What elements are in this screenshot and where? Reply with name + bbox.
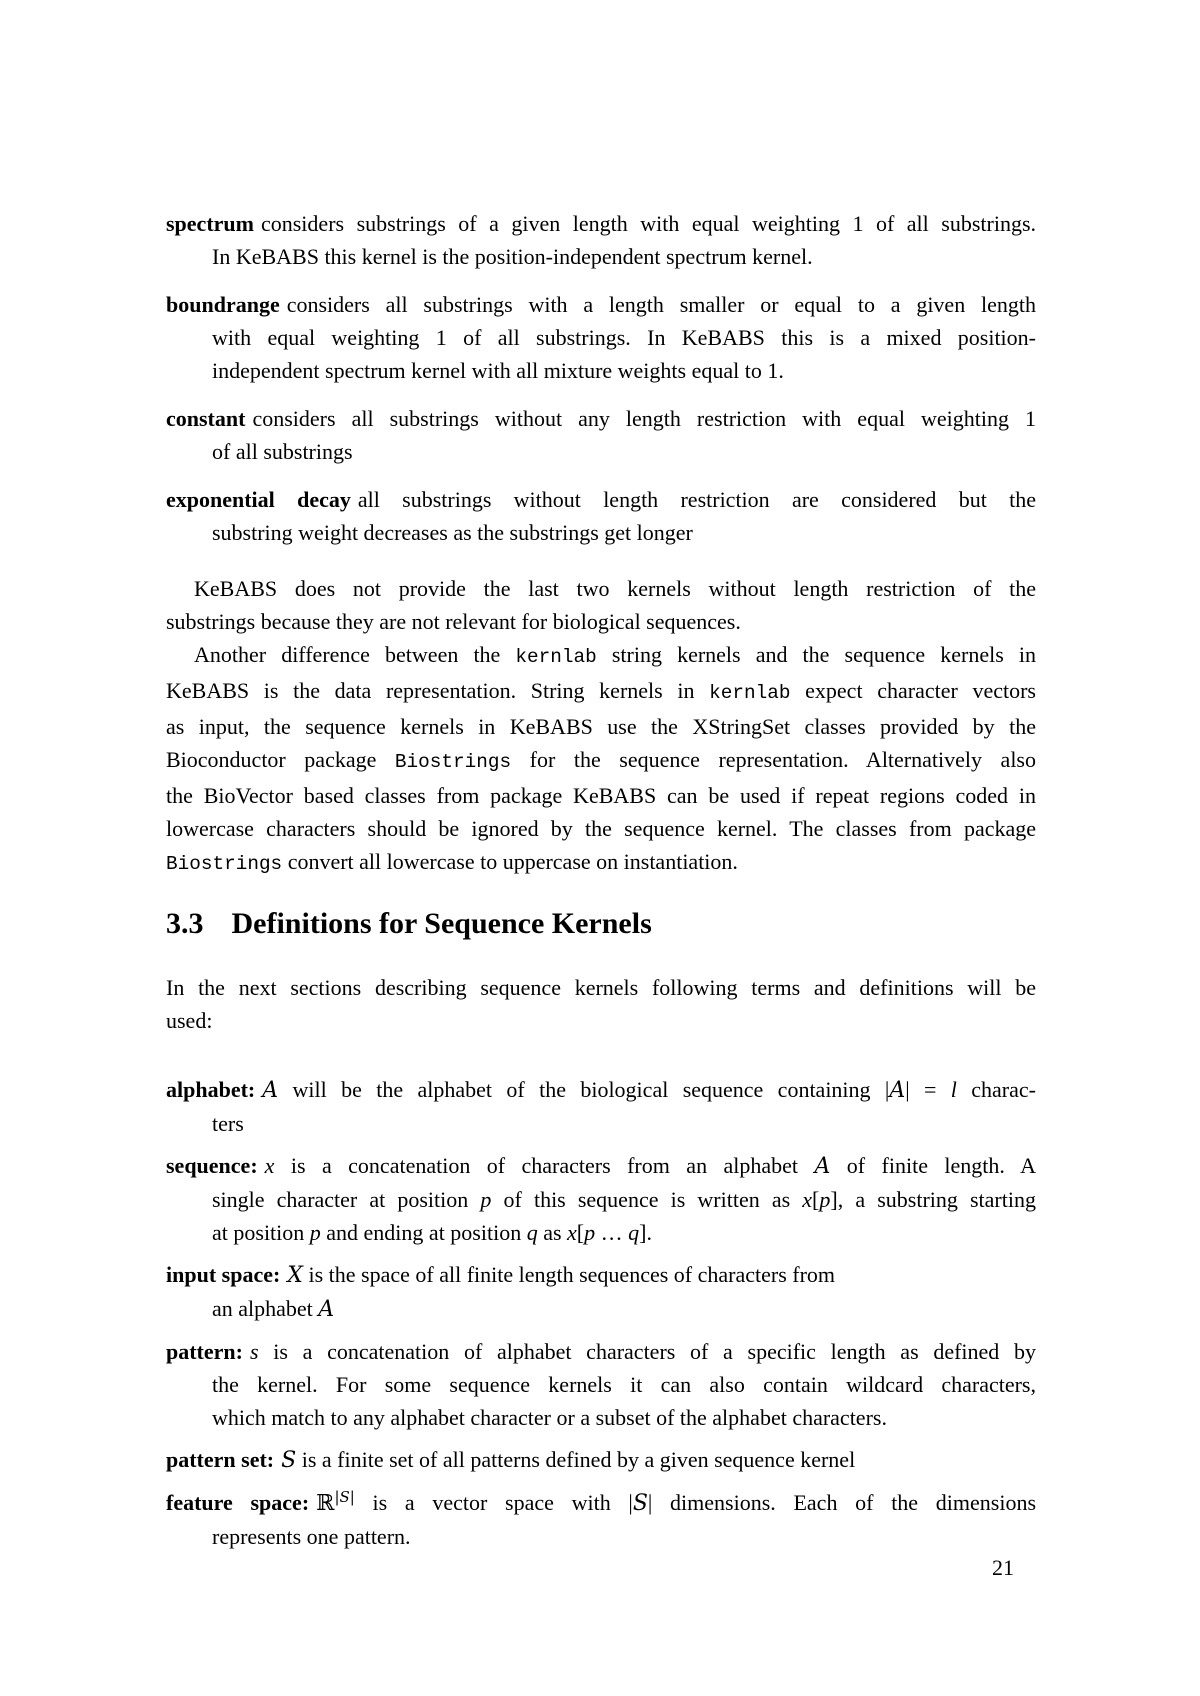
text-line: constantconsiders all substrings without… — [166, 402, 1036, 435]
text-line: substring weight decreases as the substr… — [166, 516, 1036, 549]
paragraph-kernels-note: KeBABS does not provide the last two ker… — [166, 572, 1036, 638]
text-line: an alphabet A — [166, 1292, 1036, 1326]
text-line: which match to any alphabet character or… — [166, 1401, 1036, 1434]
text-line: Another difference between the kernlab s… — [166, 638, 1036, 674]
text-line: In KeBABS this kernel is the position-in… — [166, 240, 1036, 273]
text-line: spectrumconsiders substrings of a given … — [166, 207, 1036, 240]
page-number: 21 — [166, 1551, 1014, 1584]
section-number: 3.3 — [166, 907, 204, 940]
text-line: the BioVector based classes from package… — [166, 779, 1036, 812]
text-line: exponential decayall substrings without … — [166, 483, 1036, 516]
text-line: pattern set:S is a finite set of all pat… — [166, 1443, 1036, 1477]
text-line: pattern:s is a concatenation of alphabet… — [166, 1335, 1036, 1368]
definition-pattern: pattern:s is a concatenation of alphabet… — [166, 1335, 1036, 1434]
kernel-definition-spectrum: spectrumconsiders substrings of a given … — [166, 207, 1036, 273]
text-line: KeBABS is the data representation. Strin… — [166, 674, 1036, 710]
text-line: feature space:ℝ|S| is a vector space wit… — [166, 1486, 1036, 1520]
page-content: spectrumconsiders substrings of a given … — [166, 207, 1036, 1562]
section-title: Definitions for Sequence Kernels — [232, 907, 652, 940]
kernel-definition-boundrange: boundrangeconsiders all substrings with … — [166, 288, 1036, 387]
text-line: alphabet:A will be the alphabet of the b… — [166, 1073, 1036, 1107]
text-line: represents one pattern. — [166, 1520, 1036, 1553]
text-line: of all substrings — [166, 435, 1036, 468]
text-line: independent spectrum kernel with all mix… — [166, 354, 1036, 387]
text-line: boundrangeconsiders all substrings with … — [166, 288, 1036, 321]
paragraph-intro: In the next sections describing sequence… — [166, 971, 1036, 1037]
text-line: substrings because they are not relevant… — [166, 605, 1036, 638]
text-line: with equal weighting 1 of all substrings… — [166, 321, 1036, 354]
text-line: sequence:x is a concatenation of charact… — [166, 1149, 1036, 1183]
definition-alphabet: alphabet:A will be the alphabet of the b… — [166, 1073, 1036, 1140]
kernel-definition-constant: constantconsiders all substrings without… — [166, 402, 1036, 468]
text-line: the kernel. For some sequence kernels it… — [166, 1368, 1036, 1401]
text-line: Biostrings convert all lowercase to uppe… — [166, 845, 1036, 881]
document-page: spectrumconsiders substrings of a given … — [0, 0, 1200, 1696]
kernel-definition-exponential-decay: exponential decayall substrings without … — [166, 483, 1036, 549]
section-heading: 3.3Definitions for Sequence Kernels — [166, 903, 1036, 945]
text-line: input space:X is the space of all finite… — [166, 1258, 1036, 1292]
text-line: at position p and ending at position q a… — [166, 1216, 1036, 1249]
definition-sequence: sequence:x is a concatenation of charact… — [166, 1149, 1036, 1249]
text-line: lowercase characters should be ignored b… — [166, 812, 1036, 845]
paragraph-data-representation: Another difference between the kernlab s… — [166, 638, 1036, 881]
definition-input-space: input space:X is the space of all finite… — [166, 1258, 1036, 1326]
text-line: as input, the sequence kernels in KeBABS… — [166, 710, 1036, 743]
definition-feature-space: feature space:ℝ|S| is a vector space wit… — [166, 1486, 1036, 1553]
text-line: KeBABS does not provide the last two ker… — [166, 572, 1036, 605]
text-line: single character at position p of this s… — [166, 1183, 1036, 1216]
text-line: used: — [166, 1004, 1036, 1037]
definition-pattern-set: pattern set:S is a finite set of all pat… — [166, 1443, 1036, 1477]
text-line: Bioconductor package Biostrings for the … — [166, 743, 1036, 779]
text-line: In the next sections describing sequence… — [166, 971, 1036, 1004]
text-line: ters — [166, 1107, 1036, 1140]
